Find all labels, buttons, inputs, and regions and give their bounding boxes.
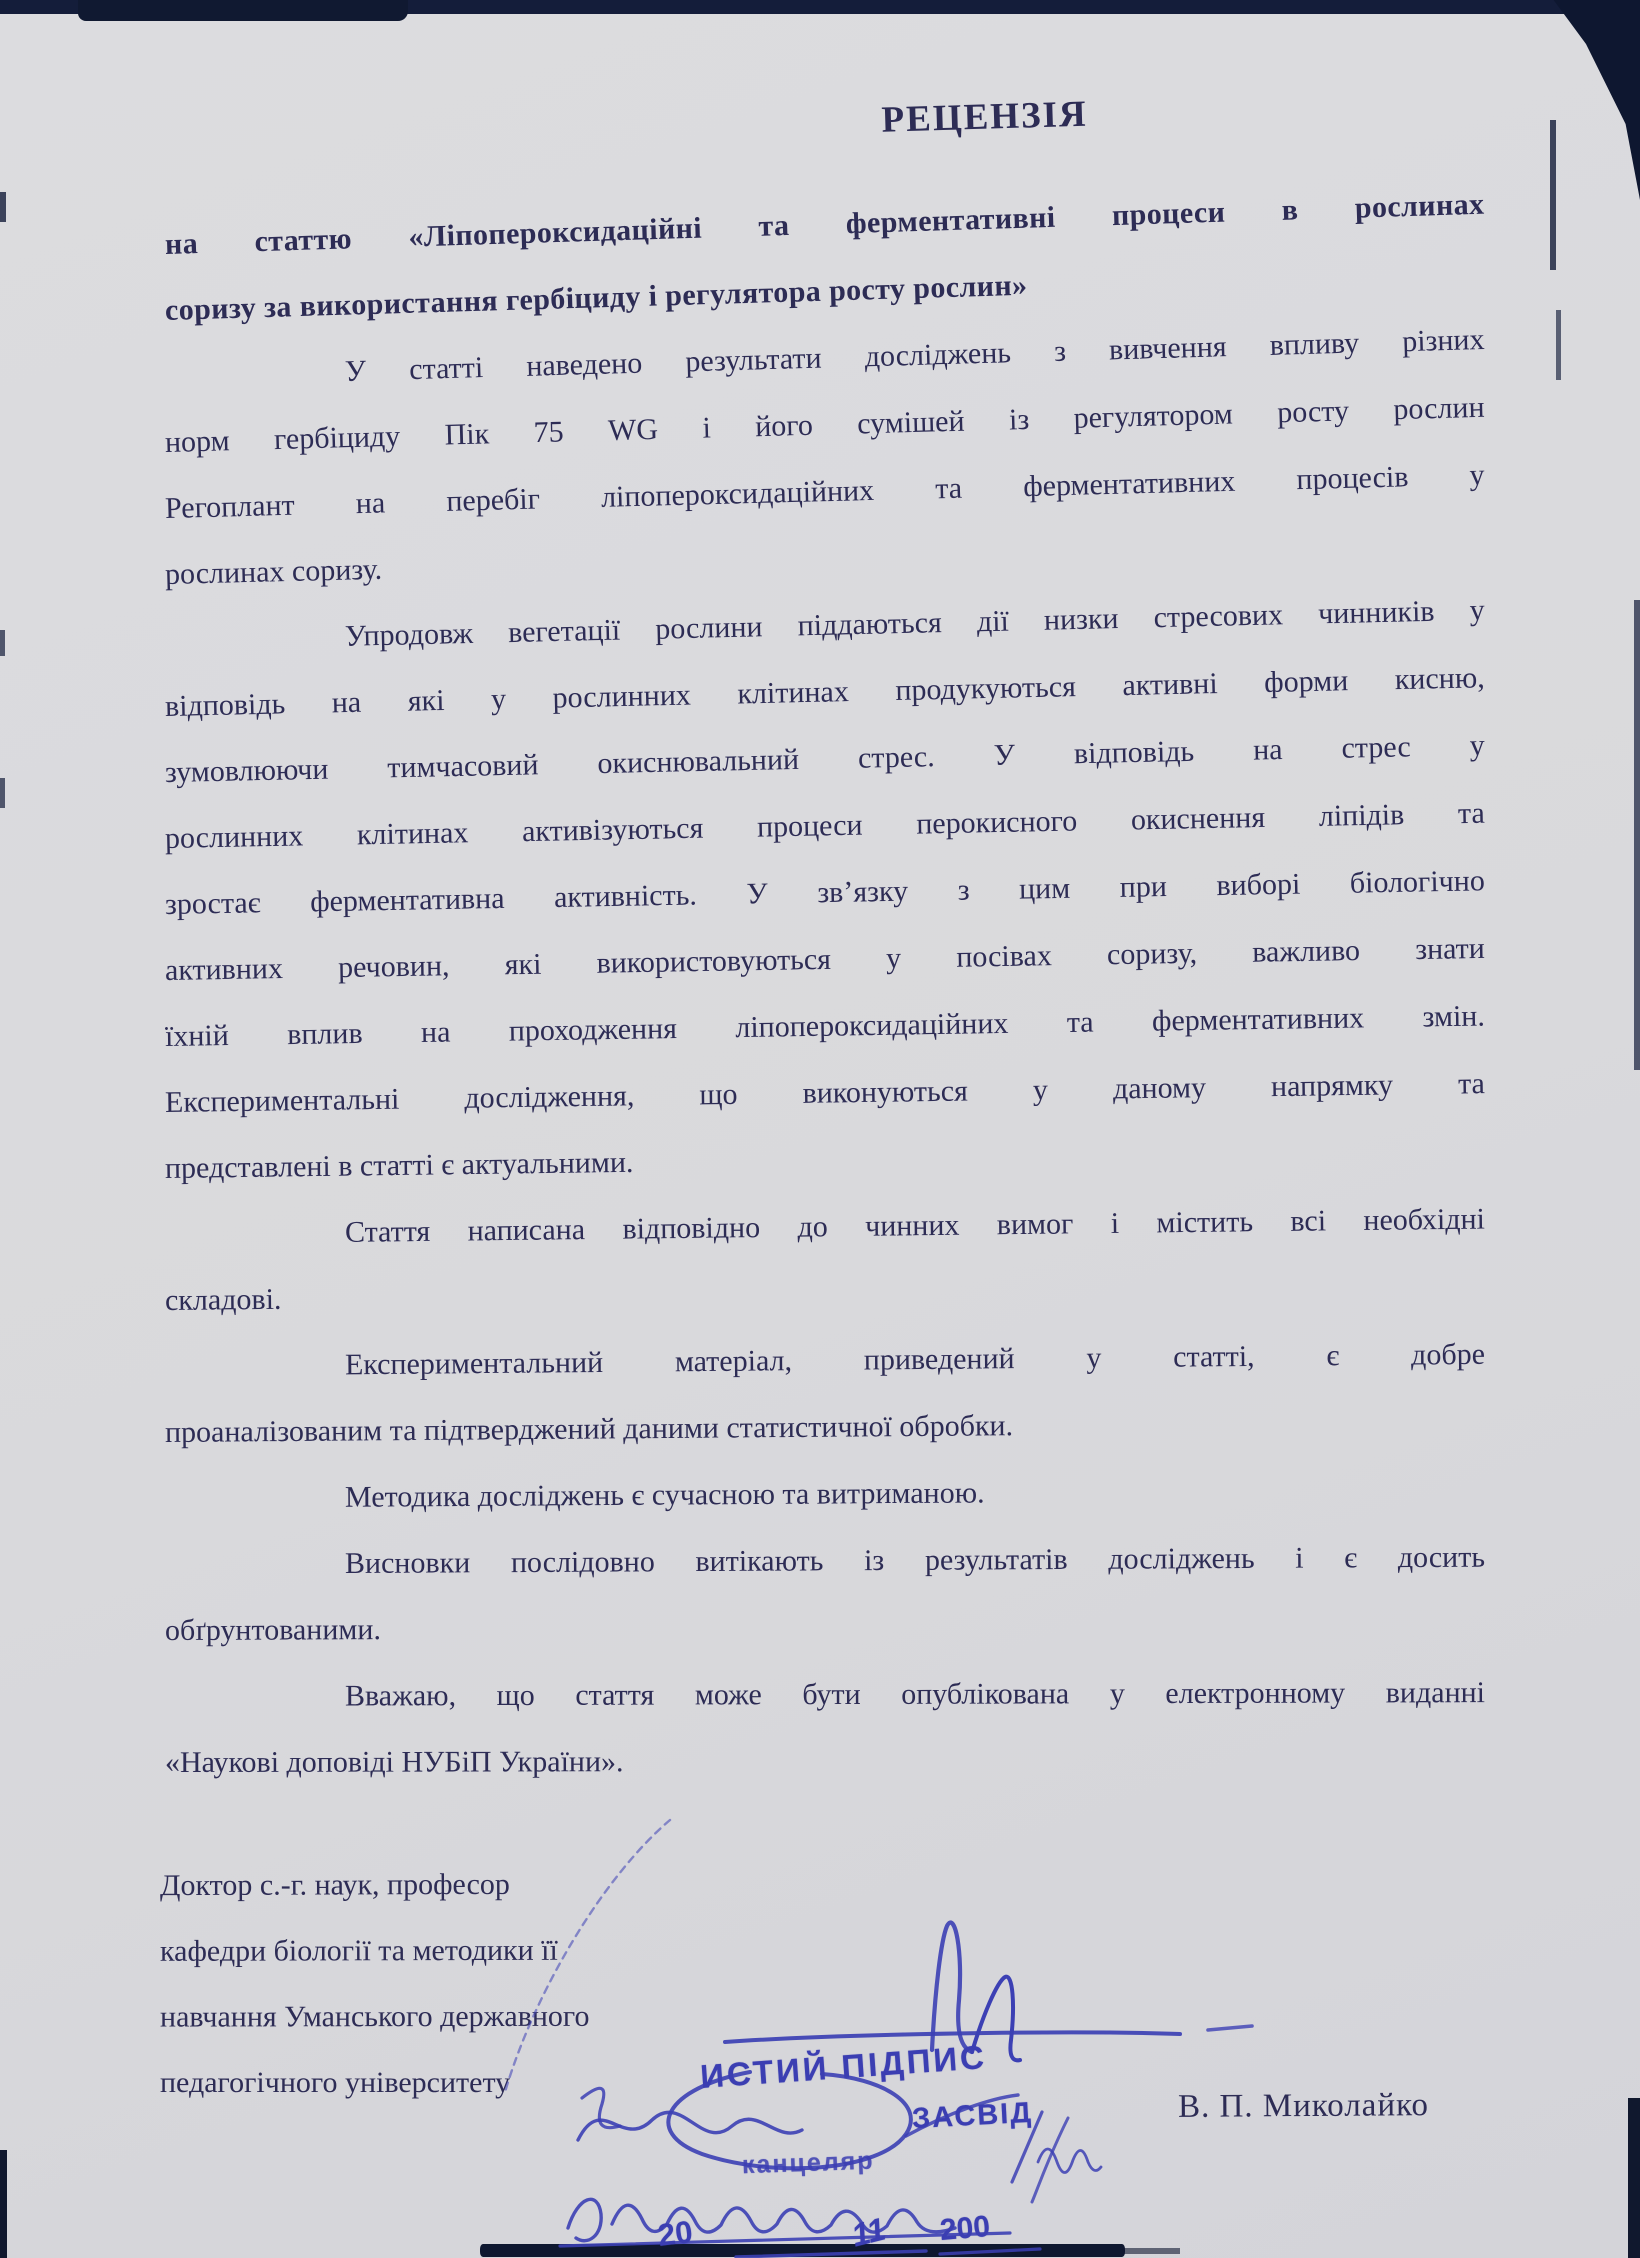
scan-edge-left-mark — [0, 778, 5, 808]
scan-edge-right-line — [1634, 600, 1640, 1070]
scan-edge-left-mark — [0, 192, 6, 222]
paragraph: Висновки послідовно витікають із результ… — [165, 1532, 1485, 1664]
scan-edge-top-blob — [78, 0, 408, 21]
scan-edge-left-mark — [0, 630, 5, 656]
text-line: Методика досліджень є сучасною та витрим… — [165, 1457, 1485, 1532]
scan-edge-right-mark — [1550, 120, 1556, 270]
stamp-date-prefix: 20 — [656, 2214, 695, 2254]
scan-edge-bottom-right — [1628, 2098, 1640, 2258]
text-line: обґрунтованими. — [165, 1592, 1485, 1664]
stamp-line-certified: ЗАСВІД — [911, 2097, 1034, 2136]
text-line: Висновки послідовно витікають із результ… — [165, 1525, 1485, 1598]
paragraphs: на статтю «Ліпопероксидаційні та фермент… — [165, 212, 1485, 1796]
text-line: Експериментальний матеріал, приведений у… — [165, 1322, 1486, 1400]
paragraph: Методика досліджень є сучасною та витрим… — [165, 1466, 1485, 1532]
text-line: проаналізованим та підтверджений даними … — [165, 1389, 1485, 1466]
scan-edge-bottom-left — [0, 2150, 7, 2258]
paragraph: Стаття написана відповідно до чинних вим… — [165, 1202, 1485, 1334]
stamp-date-year: 200 — [939, 2210, 992, 2248]
scanned-review-page: РЕЦЕНЗІЯ на статтю «Ліпопероксидаційні т… — [0, 0, 1640, 2258]
paragraph: Експериментальний матеріал, приведений у… — [165, 1334, 1485, 1466]
page-title: РЕЦЕНЗІЯ — [164, 76, 1640, 163]
paragraph: Упродовж вегетації рослини піддаються ді… — [165, 608, 1485, 1202]
scan-edge-right-mark — [1556, 310, 1561, 380]
stamp-line-chancery: канцеляр — [742, 2147, 875, 2181]
text-line: складові. — [165, 1254, 1486, 1334]
paragraph: У статті наведено результати досліджень … — [165, 344, 1485, 608]
